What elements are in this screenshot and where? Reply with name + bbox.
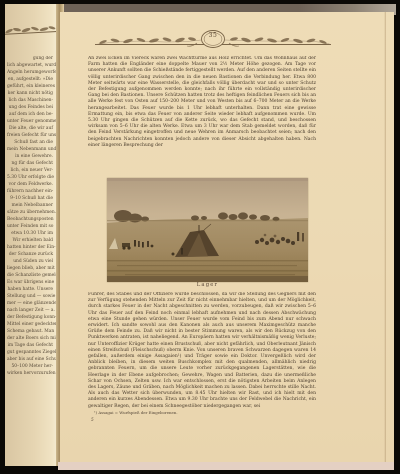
page-right-edge — [384, 12, 386, 462]
camp-photo-art — [107, 178, 308, 282]
left-page-text-fragments: gung derlich abgewartet, wurdeAngeln her… — [7, 55, 53, 377]
photo-caption: Lager — [107, 282, 308, 288]
camp-photograph — [107, 178, 308, 282]
under-page-strip — [58, 462, 394, 470]
left-page: gung derlich abgewartet, wurdeAngeln her… — [5, 4, 58, 466]
page-number: 35 — [93, 32, 333, 39]
body-paragraph-2: Führer, des Stabes und der Offiziere wur… — [88, 292, 316, 408]
signature-mark: 5 — [91, 417, 94, 422]
main-page: 35 An zwei Ecken im Viereck waren zwei W… — [60, 12, 394, 462]
footnote: ¹) Assagai = Wurfspieß der Eingeborenen. — [94, 410, 178, 415]
left-page-ornament-icon — [5, 18, 57, 41]
book-page-photo: gung derlich abgewartet, wurdeAngeln her… — [0, 0, 400, 474]
body-paragraph-1: An zwei Ecken im Viereck waren zwei Wach… — [88, 56, 316, 176]
